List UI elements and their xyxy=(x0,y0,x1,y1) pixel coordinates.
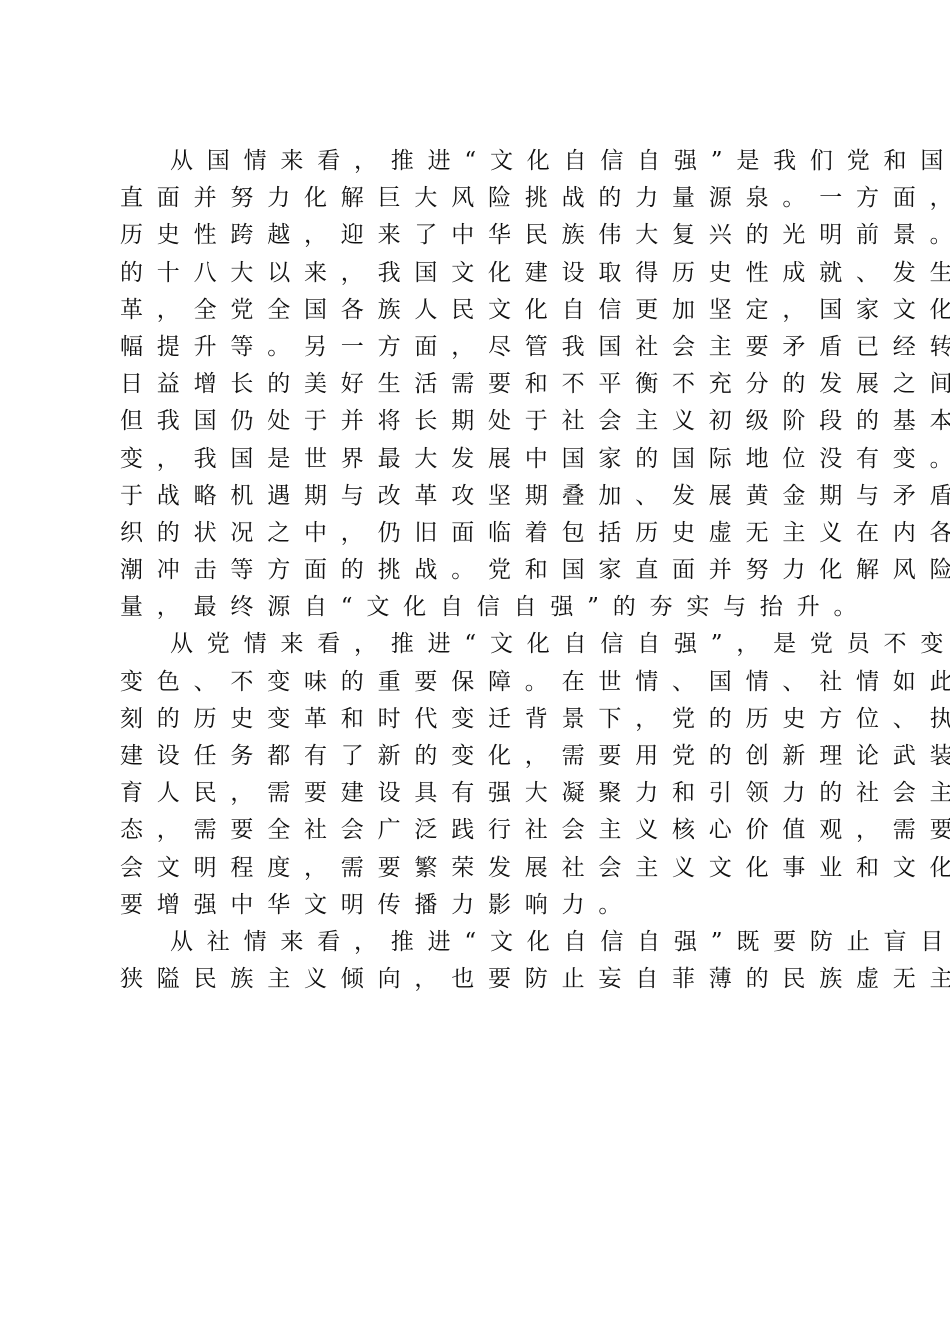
paragraph-2-line-1: 从党情来看，推进“文化自信自强”，是党员不变质、不 xyxy=(120,626,830,663)
paragraph-1-line-8: 但我国仍处于并将长期处于社会主义初级阶段的基本国情没有 xyxy=(120,403,830,440)
paragraph-1-line-4: 的十八大以来，我国文化建设取得历史性成就、发生历史性变 xyxy=(120,255,830,292)
paragraph-1-line-1: 从国情来看，推进“文化自信自强”是我们党和国家必须 xyxy=(120,143,830,180)
paragraph-1-line-10: 于战略机遇期与改革攻坚期叠加、发展黄金期与矛盾凸显期交 xyxy=(120,478,830,515)
paragraph-1-line-13: 量，最终源自“文化自信自强”的夯实与抬升。 xyxy=(120,589,830,626)
paragraph-2-line-5: 育人民，需要建设具有强大凝聚力和引领力的社会主义意识形 xyxy=(120,775,830,812)
paragraph-3-line-1: 从社情来看，推进“文化自信自强”既要防止盲目自大的 xyxy=(120,924,830,961)
paragraph-1-line-12: 潮冲击等方面的挑战。党和国家直面并努力化解风险挑战的力 xyxy=(120,552,830,589)
paragraph-1-line-5: 革，全党全国各族人民文化自信更加坚定，国家文化软实力大 xyxy=(120,292,830,329)
paragraph-1-line-11: 织的状况之中，仍旧面临着包括历史虚无主义在内各类错误思 xyxy=(120,515,830,552)
paragraph-2-line-6: 态，需要全社会广泛践行社会主义核心价值观，需要提高全社 xyxy=(120,812,830,849)
paragraph-2-line-4: 建设任务都有了新的变化，需要用党的创新理论武装全党、教 xyxy=(120,738,830,775)
paragraph-2-line-3: 刻的历史变革和时代变迁背景下，党的历史方位、执政环境、 xyxy=(120,701,830,738)
document-page: 从国情来看，推进“文化自信自强”是我们党和国家必须 直面并努力化解巨大风险挑战的… xyxy=(0,0,950,1344)
paragraph-3-line-2: 狭隘民族主义倾向，也要防止妄自菲薄的民族虚无主义倾向。 xyxy=(120,961,830,998)
paragraph-2-line-8: 要增强中华文明传播力影响力。 xyxy=(120,887,830,924)
paragraph-1-line-7: 日益增长的美好生活需要和不平衡不充分的发展之间的矛盾， xyxy=(120,366,830,403)
paragraph-1-line-9: 变，我国是世界最大发展中国家的国际地位没有变。我国正处 xyxy=(120,441,830,478)
paragraph-1-line-6: 幅提升等。另一方面，尽管我国社会主要矛盾已经转化为人民 xyxy=(120,329,830,366)
paragraph-1-line-2: 直面并努力化解巨大风险挑战的力量源泉。一方面，我国实现 xyxy=(120,180,830,217)
body-text: 从国情来看，推进“文化自信自强”是我们党和国家必须 直面并努力化解巨大风险挑战的… xyxy=(120,143,830,998)
paragraph-2-line-7: 会文明程度，需要繁荣发展社会主义文化事业和文化产业，需 xyxy=(120,850,830,887)
paragraph-1-line-3: 历史性跨越，迎来了中华民族伟大复兴的光明前景。特别是党 xyxy=(120,217,830,254)
paragraph-2-line-2: 变色、不变味的重要保障。在世情、国情、社情如此广泛而深 xyxy=(120,664,830,701)
